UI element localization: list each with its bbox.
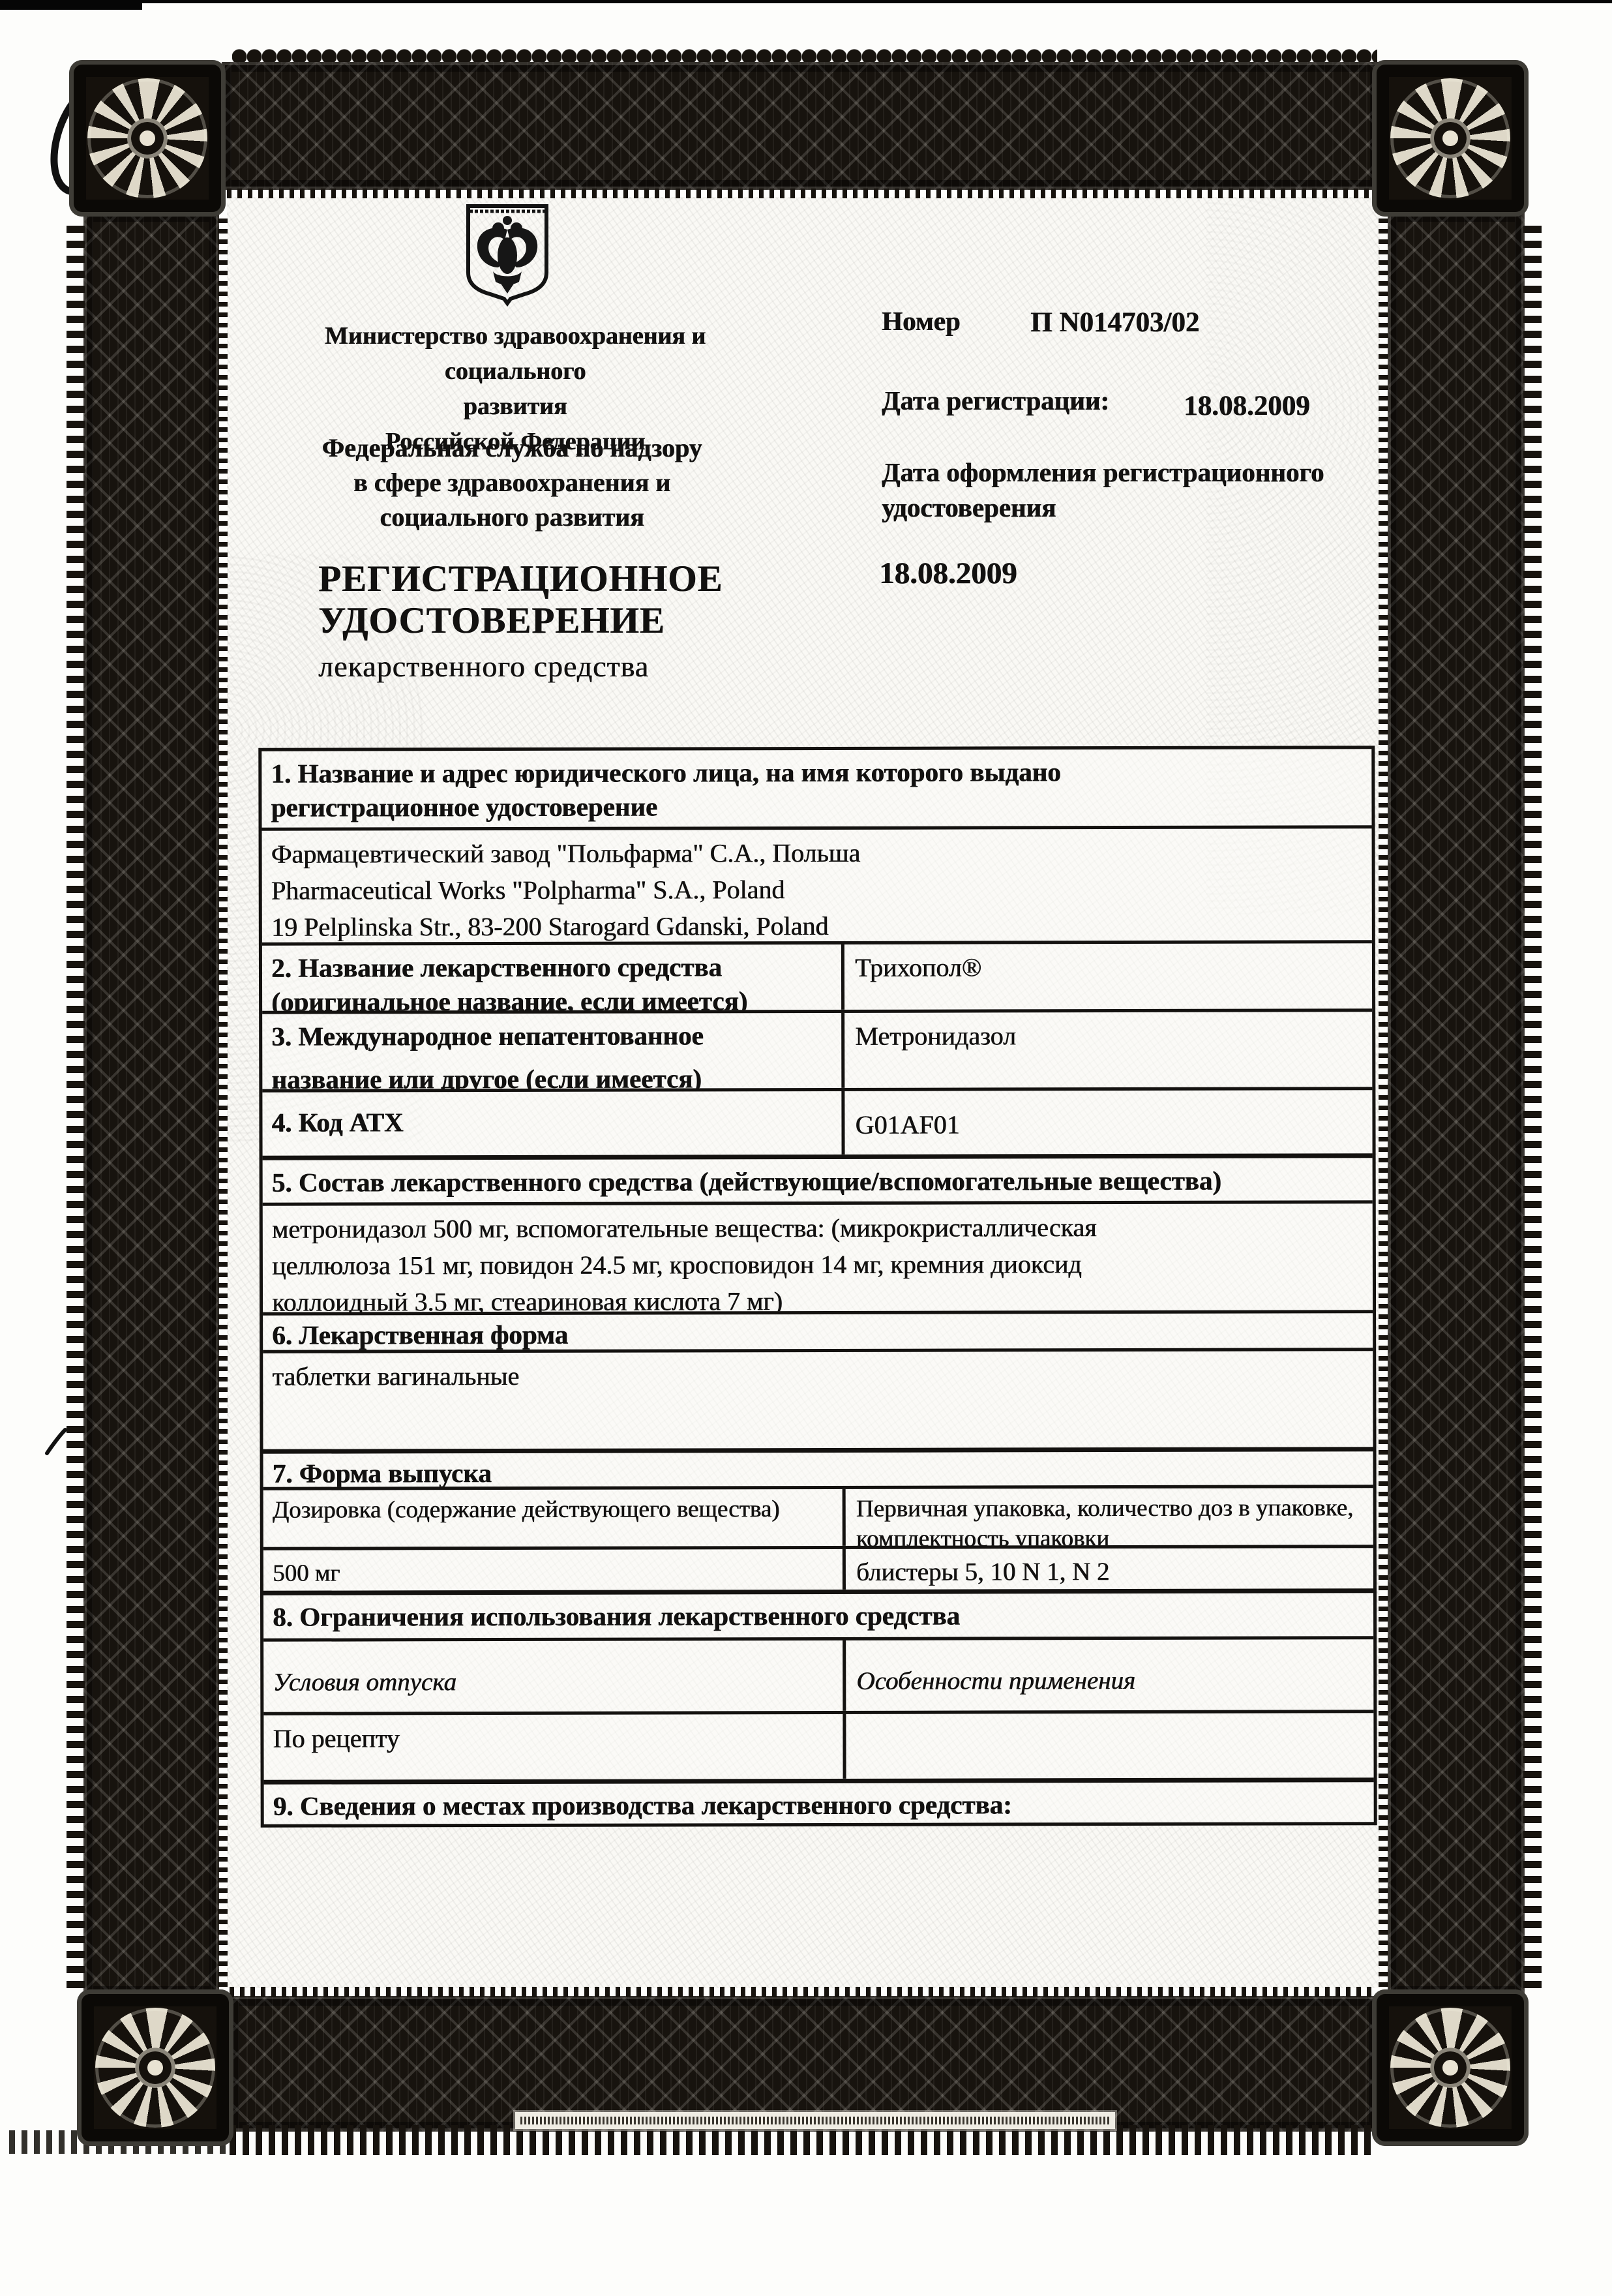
- section3-label: 3. Международное непатентованное названи…: [262, 1013, 844, 1089]
- section8-values-row: По рецепту: [263, 1710, 1373, 1780]
- frame-inner-serration: [230, 1987, 1377, 1997]
- section6-title-row: 6. Лекарственная форма: [263, 1310, 1373, 1350]
- section8-title-row: 8. Ограничения использования лекарственн…: [263, 1588, 1373, 1639]
- frame-left-band: [83, 212, 219, 1996]
- document-subtitle: лекарственного средства: [318, 646, 723, 687]
- frame-left-fringe: [67, 219, 85, 1988]
- registration-certificate-page: Министерство здравоохранения и социально…: [0, 0, 1612, 2296]
- application-features-header: Особенности применения: [846, 1639, 1373, 1711]
- number-label: Номер: [882, 305, 961, 337]
- registration-date-label: Дата регистрации:: [882, 385, 1109, 416]
- section1-content-row: Фармацевтический завод "Польфарма" С.А.,…: [262, 825, 1372, 943]
- corner-rosette-top-right: [1372, 60, 1529, 217]
- section8-header-row: Условия отпуска Особенности применения: [263, 1636, 1373, 1712]
- section1-title-row: 1. Название и адрес юридического лица, н…: [261, 749, 1371, 828]
- number-value: П N014703/02: [1030, 307, 1199, 339]
- section2-label: 2. Название лекарственного средства (ори…: [262, 944, 844, 1011]
- section7-title-row: 7. Форма выпуска: [263, 1447, 1373, 1487]
- microprint-strip: [515, 2112, 1115, 2129]
- section5-title-row: 5. Состав лекарственного средства (дейст…: [263, 1153, 1373, 1203]
- packaging-column-header: Первичная упаковка, количество доз в упа…: [846, 1488, 1373, 1546]
- issue-date-label: Дата оформления регистрационного: [882, 457, 1403, 488]
- scan-edge-blob: [0, 0, 142, 10]
- registration-date-value: 18.08.2009: [1184, 390, 1310, 422]
- section9-title-row: 9. Сведения о местах производства лекарс…: [264, 1777, 1374, 1824]
- section2-row: 2. Название лекарственного средства (ори…: [262, 940, 1372, 1011]
- coat-of-arms-icon: [462, 201, 553, 307]
- scan-edge-line: [0, 0, 1612, 3]
- section5-content-row: метронидазол 500 мг, вспомогательные вещ…: [263, 1200, 1373, 1312]
- section7-values-row: 500 мг блистеры 5, 10 N 1, N 2: [263, 1545, 1373, 1591]
- federal-service-name: Федеральная служба по надзору в сфере зд…: [254, 430, 769, 534]
- dosage-value: 500 мг: [263, 1549, 846, 1591]
- document-title: РЕГИСТРАЦИОННОЕ УДОСТОВЕРЕНИЕ лекарствен…: [318, 558, 723, 687]
- dispensing-conditions-value: По рецепту: [263, 1714, 846, 1780]
- atc-code-value: G01AF01: [844, 1090, 1372, 1155]
- application-features-value-empty: [846, 1713, 1373, 1779]
- dispensing-conditions-header: Условия отпуска: [263, 1640, 846, 1712]
- frame-right-fringe: [1523, 219, 1542, 1988]
- frame-bottom-fringe: [230, 2125, 1377, 2155]
- issue-date-value: 18.08.2009: [879, 556, 1017, 591]
- section6-content-row: таблетки вагинальные: [263, 1348, 1373, 1449]
- frame-right-band: [1388, 212, 1525, 1996]
- dosage-column-header: Дозировка (содержание действующего вещес…: [263, 1489, 846, 1547]
- section7-header-row: Дозировка (содержание действующего вещес…: [263, 1485, 1373, 1547]
- frame-bottom-band: [230, 1996, 1379, 2132]
- frame-inner-serration: [218, 215, 228, 1987]
- section3-row: 3. Международное непатентованное названи…: [262, 1008, 1372, 1089]
- certificate-table: 1. Название и адрес юридического лица, н…: [258, 746, 1377, 1828]
- section4-row: 4. Код АТХ G01AF01: [262, 1087, 1372, 1156]
- frame-top-band: [222, 62, 1380, 190]
- corner-rosette-top-left: [69, 60, 226, 217]
- corner-rosette-bottom-left: [77, 1989, 233, 2146]
- issue-date-label: удостоверения: [882, 492, 1056, 523]
- trade-name-value: Трихопол®: [844, 943, 1372, 1010]
- handwritten-slash-mark: [43, 1426, 69, 1457]
- frame-top-crest: [232, 35, 1377, 64]
- section4-label: 4. Код АТХ: [262, 1091, 844, 1156]
- corner-rosette-bottom-right: [1372, 1989, 1529, 2146]
- frame-inner-serration: [227, 189, 1379, 198]
- packaging-value: блистеры 5, 10 N 1, N 2: [846, 1548, 1373, 1590]
- inn-value: Метронидазол: [844, 1012, 1372, 1088]
